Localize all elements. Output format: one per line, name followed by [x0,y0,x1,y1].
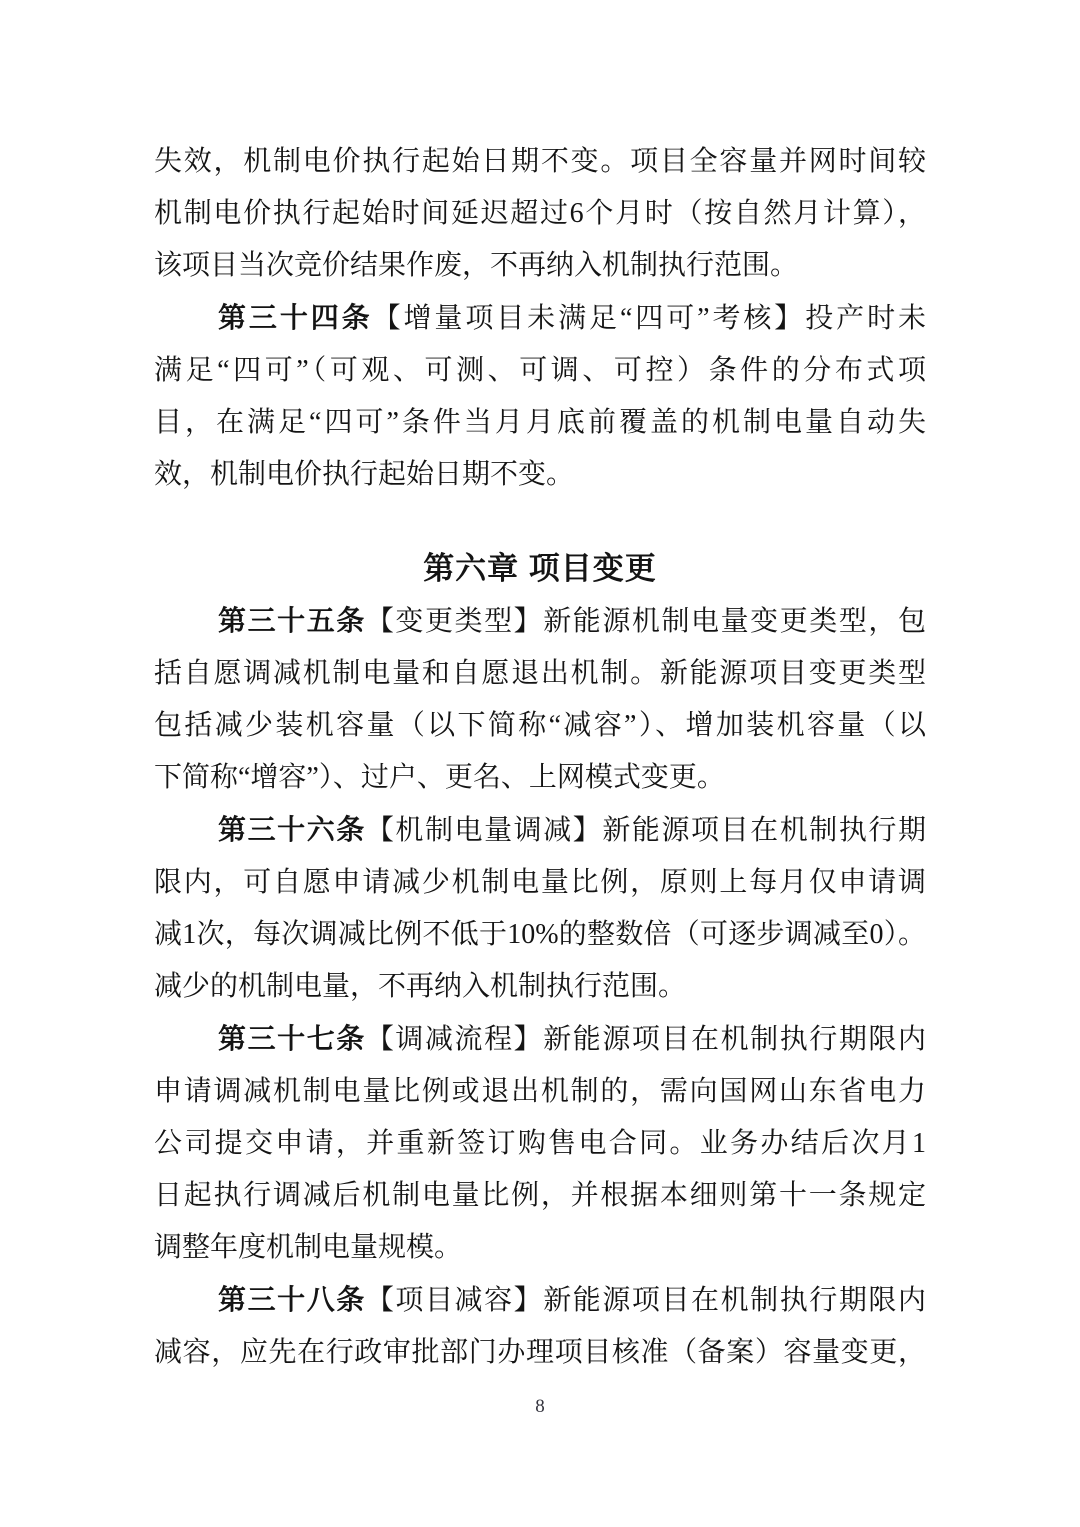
page-number: 8 [0,1395,1080,1419]
article-number: 第三十七条 [218,1023,366,1054]
text-line: 包括减少装机容量（以下简称“减容”）、增加装机容量（以 [154,700,926,752]
text-line: 括自愿调减机制电量和自愿退出机制。新能源项目变更类型 [154,648,926,700]
line-text: 【机制电量调减】新能源项目在机制执行期 [366,815,926,846]
paragraph: 第三十四条【增量项目未满足“四可”考核】投产时未满足“四可”（可观、可测、可调、… [154,292,926,501]
document-page: 失效，机制电价执行起始日期不变。项目全容量并网时间较机制电价执行起始时间延迟超过… [0,0,1080,1527]
document-body: 失效，机制电价执行起始日期不变。项目全容量并网时间较机制电价执行起始时间延迟超过… [154,136,926,1379]
paragraph: 第三十五条【变更类型】新能源机制电量变更类型，包括自愿调减机制电量和自愿退出机制… [154,595,926,804]
text-line: 目，在满足“四可”条件当月月底前覆盖的机制电量自动失 [154,397,926,449]
line-text: 【调减流程】新能源项目在机制执行期限内 [366,1024,926,1055]
article-number: 第三十六条 [218,814,366,845]
text-line: 调整年度机制电量规模。 [154,1222,926,1274]
text-line: 失效，机制电价执行起始日期不变。项目全容量并网时间较 [154,136,926,188]
text-line: 机制电价执行起始时间延迟超过6个月时（按自然月计算）， [154,188,926,240]
chapter-heading: 第六章 项目变更 [154,543,926,595]
paragraph: 第三十八条【项目减容】新能源项目在机制执行期限内减容，应先在行政审批部门办理项目… [154,1274,926,1379]
text-line: 限内，可自愿申请减少机制电量比例，原则上每月仅申请调 [154,857,926,909]
article-number: 第三十五条 [218,605,366,636]
paragraph: 第三十七条【调减流程】新能源项目在机制执行期限内申请调减机制电量比例或退出机制的… [154,1013,926,1274]
text-line: 第三十五条【变更类型】新能源机制电量变更类型，包 [154,595,926,648]
text-line: 日起执行调减后机制电量比例，并根据本细则第十一条规定 [154,1170,926,1222]
text-line: 该项目当次竞价结果作废，不再纳入机制执行范围。 [154,240,926,292]
line-text: 【项目减容】新能源项目在机制执行期限内 [366,1285,926,1316]
text-line: 减1次，每次调减比例不低于10%的整数倍（可逐步调减至0）。 [154,909,926,961]
line-text: 【增量项目未满足“四可”考核】投产时未 [373,303,926,334]
text-line: 第三十七条【调减流程】新能源项目在机制执行期限内 [154,1013,926,1066]
text-line: 第三十八条【项目减容】新能源项目在机制执行期限内 [154,1274,926,1327]
text-line: 减容，应先在行政审批部门办理项目核准（备案）容量变更， [154,1327,926,1379]
text-line: 第三十六条【机制电量调减】新能源项目在机制执行期 [154,804,926,857]
article-number: 第三十四条 [218,302,373,333]
paragraph: 失效，机制电价执行起始日期不变。项目全容量并网时间较机制电价执行起始时间延迟超过… [154,136,926,292]
article-number: 第三十八条 [218,1284,366,1315]
text-line: 减少的机制电量，不再纳入机制执行范围。 [154,961,926,1013]
paragraph: 第三十六条【机制电量调减】新能源项目在机制执行期限内，可自愿申请减少机制电量比例… [154,804,926,1013]
text-line: 满足“四可”（可观、可测、可调、可控）条件的分布式项 [154,345,926,397]
text-line: 下简称“增容”）、过户、更名、上网模式变更。 [154,752,926,804]
text-line: 第三十四条【增量项目未满足“四可”考核】投产时未 [154,292,926,345]
text-line: 公司提交申请，并重新签订购售电合同。业务办结后次月1 [154,1118,926,1170]
text-line: 申请调减机制电量比例或退出机制的，需向国网山东省电力 [154,1066,926,1118]
text-line: 效，机制电价执行起始日期不变。 [154,449,926,501]
line-text: 【变更类型】新能源机制电量变更类型，包 [366,606,926,637]
